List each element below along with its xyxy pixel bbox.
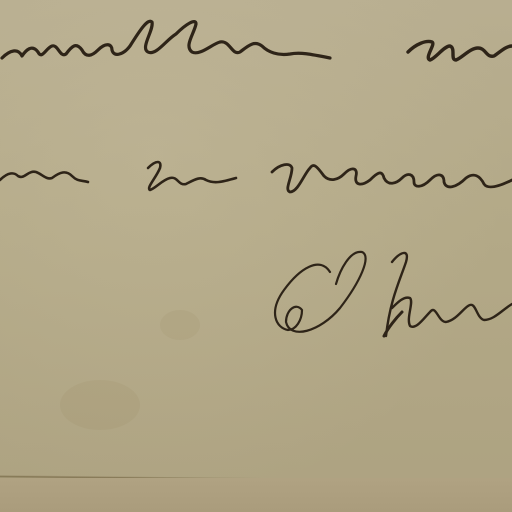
handwriting-ink [0, 0, 512, 512]
lower-paper-edge [0, 478, 512, 512]
